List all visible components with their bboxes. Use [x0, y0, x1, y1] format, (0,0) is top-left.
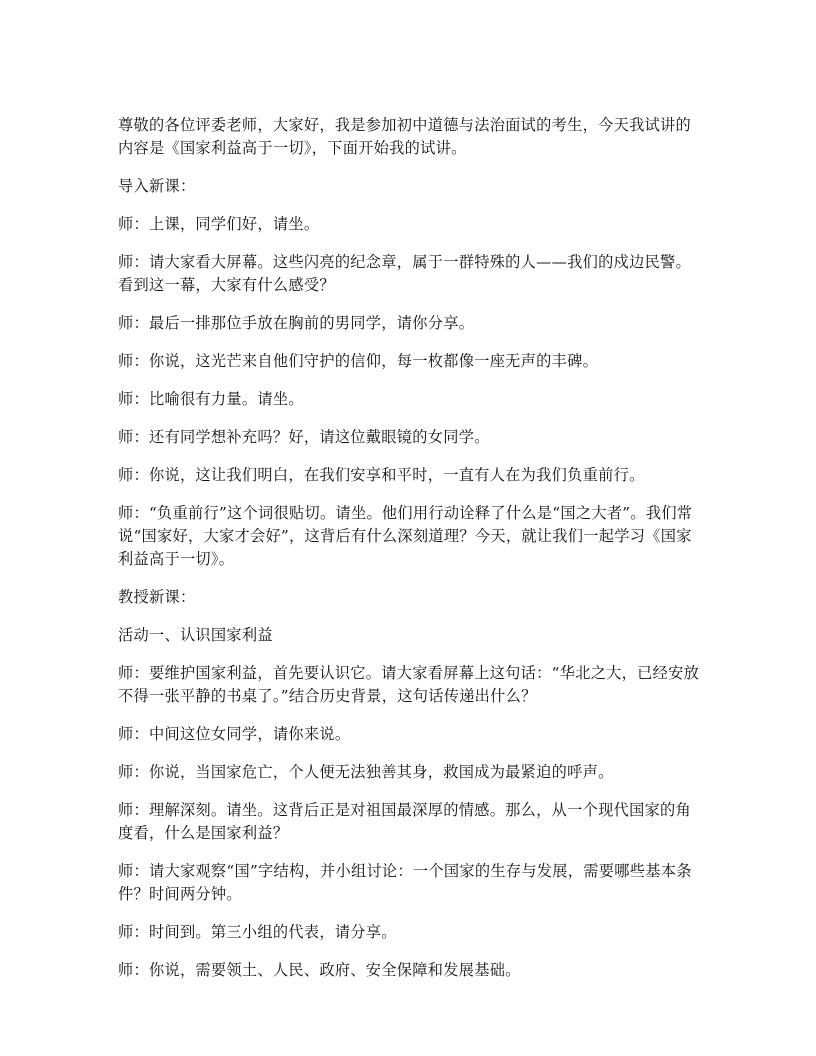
- dialogue-paragraph: 师：上课，同学们好，请坐。: [118, 213, 704, 236]
- dialogue-paragraph: 师：最后一排那位手放在胸前的男同学，请你分享。: [118, 312, 704, 335]
- dialogue-paragraph: 师：中间这位女同学，请你来说。: [118, 723, 704, 746]
- dialogue-paragraph: 师：请大家看大屏幕。这些闪亮的纪念章，属于一群特殊的人——我们的戍边民警。看到这…: [118, 251, 704, 297]
- activity-heading: 活动一、认识国家利益: [118, 624, 704, 647]
- intro-paragraph: 尊敬的各位评委老师，大家好，我是参加初中道德与法治面试的考生，今天我试讲的内容是…: [118, 114, 704, 160]
- document-page: 尊敬的各位评委老师，大家好，我是参加初中道德与法治面试的考生，今天我试讲的内容是…: [118, 114, 704, 997]
- dialogue-paragraph: 师：要维护国家利益，首先要认识它。请大家看屏幕上这句话：“华北之大，已经安放不得…: [118, 662, 704, 708]
- dialogue-paragraph: 师：你说，这让我们明白，在我们安享和平时，一直有人在为我们负重前行。: [118, 464, 704, 487]
- dialogue-paragraph: 师：时间到。第三小组的代表，请分享。: [118, 921, 704, 944]
- dialogue-paragraph: 师：你说，需要领土、人民、政府、安全保障和发展基础。: [118, 959, 704, 982]
- dialogue-paragraph: 师：你说，当国家危亡，个人便无法独善其身，救国成为最紧迫的呼声。: [118, 761, 704, 784]
- dialogue-paragraph: 师：请大家观察“国”字结构，并小组讨论：一个国家的生存与发展，需要哪些基本条件？…: [118, 860, 704, 906]
- dialogue-paragraph: 师：“负重前行”这个词很贴切。请坐。他们用行动诠释了什么是“国之大者”。我们常说…: [118, 502, 704, 571]
- section-heading-teaching: 教授新课：: [118, 586, 704, 609]
- dialogue-paragraph: 师：还有同学想补充吗？好，请这位戴眼镜的女同学。: [118, 426, 704, 449]
- dialogue-paragraph: 师：理解深刻。请坐。这背后正是对祖国最深厚的情感。那么，从一个现代国家的角度看，…: [118, 799, 704, 845]
- dialogue-paragraph: 师：你说，这光芒来自他们守护的信仰，每一枚都像一座无声的丰碑。: [118, 350, 704, 373]
- dialogue-paragraph: 师：比喻很有力量。请坐。: [118, 388, 704, 411]
- section-heading-intro: 导入新课：: [118, 175, 704, 198]
